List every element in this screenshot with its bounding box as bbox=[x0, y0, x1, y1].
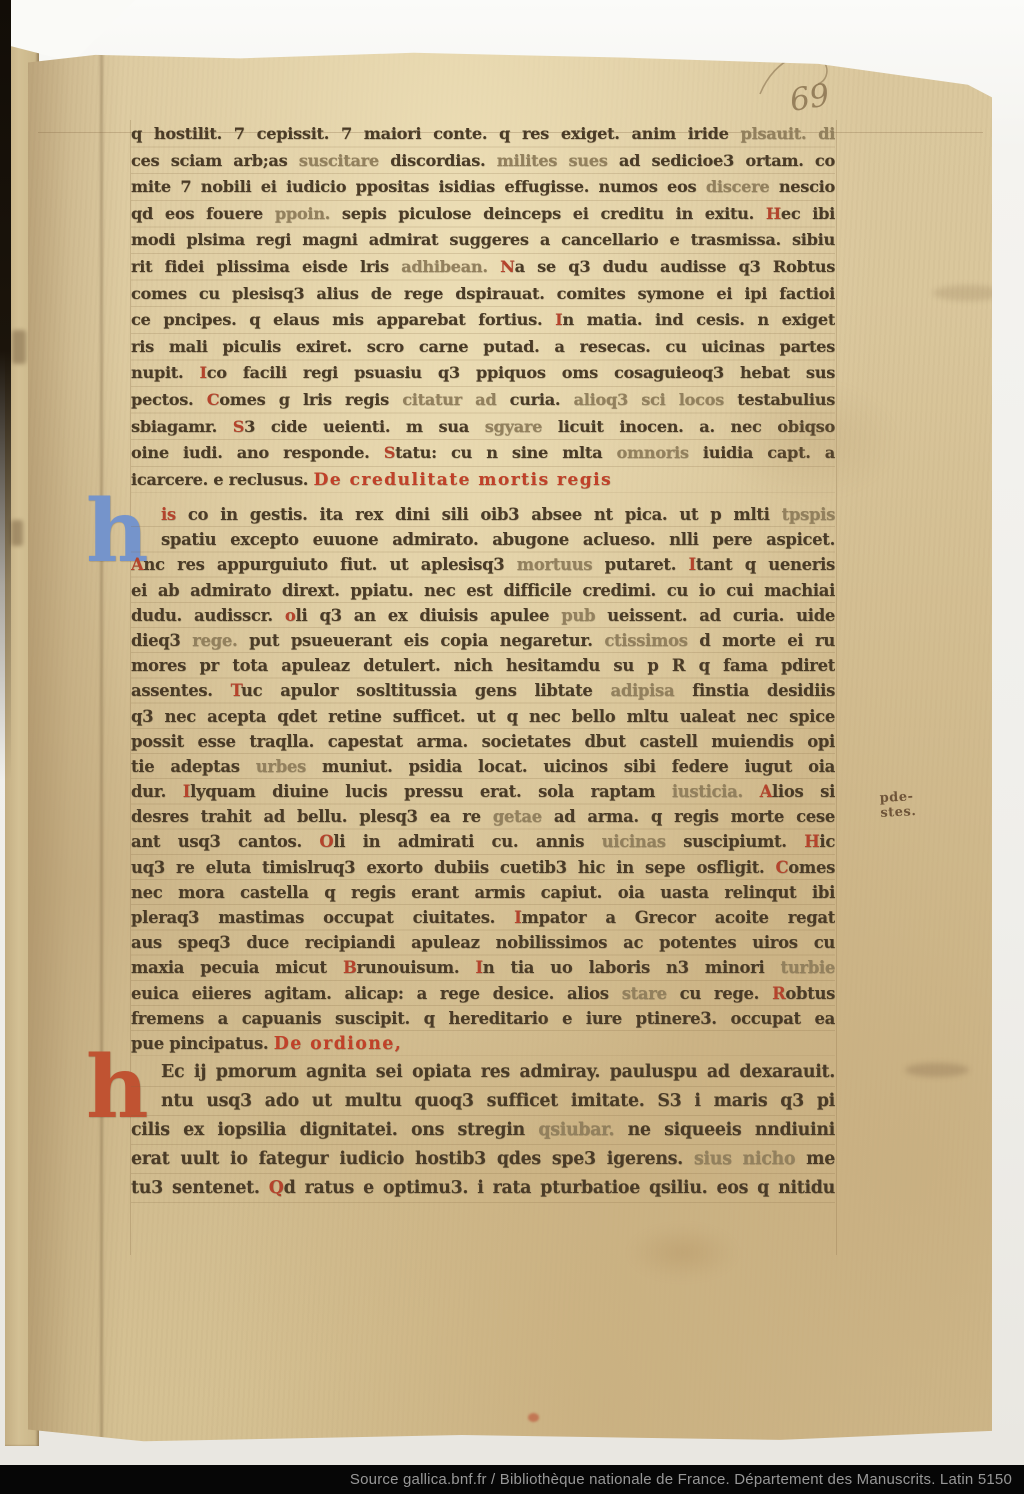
manuscript-text-segment: rit fidei plissima eisde lris bbox=[131, 257, 401, 276]
manuscript-text-segment: d ratus e optimu3. i rata pturbatioe qsi… bbox=[284, 1178, 835, 1198]
text-line: assentes. Tuc apulor sosltitussia gens l… bbox=[131, 678, 835, 703]
manuscript-text-segment: cu rege. bbox=[680, 984, 772, 1003]
manuscript-text-segment: ppoin. bbox=[275, 204, 342, 223]
manuscript-text-segment: desres trahit ad bellu. plesq3 ea re bbox=[131, 807, 493, 826]
text-line: dudu. audisscr. oli q3 an ex diuisis apu… bbox=[131, 603, 835, 628]
text-line: mores pr tota apuleaz detulert. nich hes… bbox=[131, 653, 835, 678]
text-line: desres trahit ad bellu. plesq3 ea re get… bbox=[131, 804, 835, 829]
manuscript-text-segment: S bbox=[384, 443, 395, 462]
manuscript-text-segment: pleraq3 mastimas occupat ciuitates. bbox=[131, 908, 514, 927]
manuscript-text-segment: omes g lris regis bbox=[219, 390, 402, 409]
manuscript-text-segment: mortuus bbox=[517, 555, 605, 574]
manuscript-text-segment: mite 7 nobili ei iudicio ppositas isidia… bbox=[131, 177, 706, 196]
bleedthrough-stain bbox=[905, 1063, 969, 1077]
manuscript-text-segment: ad arma. q regis morte cese bbox=[554, 807, 835, 826]
manuscript-text-section-1: q hostilit. 7 cepissit. 7 maiori conte. … bbox=[131, 121, 835, 493]
manuscript-text-segment: O bbox=[319, 832, 333, 851]
manuscript-text-segment: assentes. bbox=[131, 681, 231, 700]
manuscript-text-segment: N bbox=[500, 257, 515, 276]
book-spine-shadow bbox=[0, 0, 11, 780]
manuscript-text-segment: ueissent. ad curia. uide bbox=[607, 606, 835, 625]
text-line: cilis ex iopsilia dignitatei. ons stregi… bbox=[131, 1116, 835, 1145]
text-line: ris mali piculis exiret. scro carne puta… bbox=[131, 334, 835, 361]
text-line: nupit. Ico facili regi psuasiu q3 ppiquo… bbox=[131, 360, 835, 387]
text-line: modi plsima regi magni admirat suggeres … bbox=[131, 227, 835, 254]
manuscript-text-segment: tu3 sentenet. bbox=[131, 1178, 269, 1198]
manuscript-text-segment: mores pr tota apuleaz detulert. nich hes… bbox=[131, 656, 835, 675]
text-line: ces sciam arb;as suscitare discordias. m… bbox=[131, 148, 835, 175]
manuscript-text-segment: nescio bbox=[779, 177, 835, 196]
manuscript-text-segment: spatiu excepto euuone admirato. abugone … bbox=[161, 530, 835, 549]
manuscript-text-section-3: Ec ij pmorum agnita sei opiata res admir… bbox=[131, 1058, 835, 1203]
manuscript-text-segment: ei ab admirato dirext. ppiatu. nec est d… bbox=[131, 581, 835, 600]
manuscript-text-segment: sgyare bbox=[485, 417, 558, 436]
manuscript-text-segment: icarcere. e reclusus. bbox=[131, 470, 313, 489]
manuscript-text-segment: nupit. bbox=[131, 363, 199, 382]
manuscript-text-segment: iusticia. bbox=[672, 782, 760, 801]
manuscript-text-segment: n tia uo laboris n3 minori bbox=[483, 958, 781, 977]
manuscript-text-segment: finstia desidiis bbox=[692, 681, 835, 700]
manuscript-text-segment: Q bbox=[269, 1178, 284, 1198]
manuscript-text-segment: discere bbox=[706, 177, 779, 196]
text-line: rit fidei plissima eisde lris adhibean. … bbox=[131, 254, 835, 281]
manuscript-text-segment: pub bbox=[561, 606, 607, 625]
text-line: sbiagamr. S3 cide ueienti. m sua sgyare … bbox=[131, 414, 835, 441]
manuscript-text-segment: put psueuerant eis copia negaretur. bbox=[249, 631, 604, 650]
manuscript-text-segment: iuidia capt. a bbox=[703, 443, 835, 462]
text-line: q3 nec acepta qdet retine sufficet. ut q… bbox=[131, 704, 835, 729]
manuscript-text-segment: nc res appurguiuto fiut. ut aplesisq3 bbox=[143, 555, 516, 574]
manuscript-text-segment: q hostilit. 7 cepissit. 7 maiori conte. … bbox=[131, 124, 741, 143]
text-line: ei ab admirato dirext. ppiatu. nec est d… bbox=[131, 578, 835, 603]
manuscript-text-segment: ic bbox=[819, 832, 835, 851]
manuscript-text-segment: runouisum. bbox=[357, 958, 476, 977]
manuscript-text-segment: omes bbox=[788, 858, 835, 877]
manuscript-text-segment: dieq3 bbox=[131, 631, 192, 650]
manuscript-text-segment: I bbox=[475, 958, 482, 977]
manuscript-text-segment: plsauit. di bbox=[741, 124, 835, 143]
manuscript-text-segment: a se q3 dudu audisse q3 Robtus bbox=[515, 257, 835, 276]
manuscript-text-segment: mpator a Grecor acoite regat bbox=[522, 908, 835, 927]
red-ink-spot bbox=[528, 1413, 539, 1422]
manuscript-text-segment: curia. bbox=[510, 390, 574, 409]
manuscript-text-segment: uicinas bbox=[602, 832, 684, 851]
manuscript-text-segment: A bbox=[760, 782, 772, 801]
manuscript-page: 69 h h q hostilit. 7 cepissit. 7 maiori … bbox=[28, 50, 992, 1442]
manuscript-text-segment: tatu: cu n sine mlta bbox=[395, 443, 616, 462]
manuscript-text-segment: 3 cide ueienti. m sua bbox=[244, 417, 485, 436]
manuscript-text-segment: cilis ex iopsilia dignitatei. ons stregi… bbox=[131, 1120, 538, 1140]
manuscript-text-segment: putaret. bbox=[605, 555, 689, 574]
manuscript-text-segment: discordias. bbox=[390, 151, 497, 170]
manuscript-text-segment: tpspis bbox=[782, 505, 835, 524]
manuscript-text-segment: ce pncipes. q elaus mis apparebat fortiu… bbox=[131, 310, 555, 329]
rubric-text: De credulitate mortis regis bbox=[313, 470, 612, 490]
manuscript-text-segment: milites sues bbox=[497, 151, 619, 170]
manuscript-text-segment: getae bbox=[493, 807, 554, 826]
manuscript-text-segment: li in admirati cu. annis bbox=[333, 832, 601, 851]
manuscript-text-segment: alioq3 sci locos bbox=[574, 390, 738, 409]
manuscript-text-segment: suscipiumt. bbox=[683, 832, 804, 851]
parchment-stain bbox=[628, 1225, 738, 1280]
bleedthrough-stain bbox=[933, 285, 1003, 301]
manuscript-text-segment: is bbox=[161, 505, 188, 524]
text-line: q hostilit. 7 cepissit. 7 maiori conte. … bbox=[131, 121, 835, 148]
text-line: erat uult io fategur iudicio hostib3 qde… bbox=[131, 1145, 835, 1174]
text-line: Anc res appurguiuto fiut. ut aplesisq3 m… bbox=[131, 552, 835, 577]
manuscript-text-segment: q3 nec acepta qdet retine sufficet. ut q… bbox=[131, 707, 835, 726]
manuscript-text-segment: pectos. bbox=[131, 390, 207, 409]
manuscript-text-segment: lios si bbox=[772, 782, 835, 801]
text-line: ntu usq3 ado ut multu quoq3 sufficet imi… bbox=[131, 1087, 835, 1116]
manuscript-text-segment: erat uult io fategur iudicio hostib3 qde… bbox=[131, 1149, 694, 1169]
manuscript-text-segment: co facili regi psuasiu q3 ppiquos oms co… bbox=[207, 363, 835, 382]
text-line: dur. Ilyquam diuine lucis pressu erat. s… bbox=[131, 779, 835, 804]
manuscript-text-segment: d morte ei ru bbox=[699, 631, 835, 650]
manuscript-text-segment: sepis piculose deinceps ei creditu in ex… bbox=[342, 204, 766, 223]
manuscript-text-segment: omnoris bbox=[616, 443, 702, 462]
ink-bleed-mark bbox=[12, 330, 26, 364]
manuscript-text-segment: stare bbox=[622, 984, 680, 1003]
footer-bar: Source gallica.bnf.fr / Bibliothèque nat… bbox=[0, 1465, 1024, 1494]
manuscript-text-segment: c ij pmorum agnita sei opiata res admira… bbox=[174, 1062, 835, 1082]
manuscript-text-segment: testabulius bbox=[737, 390, 835, 409]
manuscript-text-segment: ec ibi bbox=[781, 204, 835, 223]
manuscript-text-segment: ntu usq3 ado ut multu quoq3 sufficet imi… bbox=[161, 1091, 657, 1111]
text-line: pue pincipatus. De ordione, bbox=[131, 1031, 835, 1056]
manuscript-text-segment: I bbox=[199, 363, 206, 382]
manuscript-text-segment: modi plsima regi magni admirat suggeres … bbox=[131, 230, 835, 249]
manuscript-text-segment: turbie bbox=[781, 958, 835, 977]
text-line: ant usq3 cantos. Oli in admirati cu. ann… bbox=[131, 829, 835, 854]
text-line: aus speq3 duce recipiandi apuleaz nobili… bbox=[131, 930, 835, 955]
manuscript-text-segment: R bbox=[772, 984, 785, 1003]
text-line: euica eiieres agitam. alicap: a rege des… bbox=[131, 981, 835, 1006]
manuscript-text-segment: fremens a capuanis suscipit. q hereditar… bbox=[131, 1009, 835, 1028]
manuscript-text-segment: tant q ueneris bbox=[696, 555, 835, 574]
manuscript-text-segment: comes cu plesisq3 alius de rege dspiraua… bbox=[131, 284, 835, 303]
manuscript-text-section-2: is co in gestis. ita rex dini sili oib3 … bbox=[131, 502, 835, 1056]
manuscript-text-segment: possit esse traqlla. capestat arma. soci… bbox=[131, 732, 835, 751]
manuscript-text-segment: tie adeptas bbox=[131, 757, 256, 776]
text-line: Ec ij pmorum agnita sei opiata res admir… bbox=[131, 1058, 835, 1087]
manuscript-text-segment: citatur ad bbox=[402, 390, 509, 409]
manuscript-text-segment: H bbox=[804, 832, 819, 851]
manuscript-text-segment: S bbox=[233, 417, 244, 436]
manuscript-text-segment: I bbox=[689, 555, 696, 574]
manuscript-text-segment: S3 i maris q3 pi bbox=[657, 1091, 835, 1111]
manuscript-text-segment: uq3 re eluta timislruq3 exorto dubiis cu… bbox=[131, 858, 776, 877]
manuscript-text-segment: C bbox=[776, 858, 789, 877]
manuscript-text-segment: dur. bbox=[131, 782, 183, 801]
manuscript-text-segment: lyquam diuine lucis pressu erat. sola ra… bbox=[190, 782, 672, 801]
text-line: possit esse traqlla. capestat arma. soci… bbox=[131, 729, 835, 754]
text-line: uq3 re eluta timislruq3 exorto dubiis cu… bbox=[131, 855, 835, 880]
manuscript-text-segment: sbiagamr. bbox=[131, 417, 233, 436]
manuscript-text-segment: urbes bbox=[256, 757, 322, 776]
text-line: mite 7 nobili ei iudicio ppositas isidia… bbox=[131, 174, 835, 201]
manuscript-text-segment: adipisa bbox=[611, 681, 693, 700]
manuscript-text-segment: H bbox=[766, 204, 781, 223]
gutter-shadow bbox=[28, 50, 123, 1442]
source-attribution: Source gallica.bnf.fr / Bibliothèque nat… bbox=[0, 1465, 1024, 1494]
manuscript-text-segment: aus speq3 duce recipiandi apuleaz nobili… bbox=[131, 933, 835, 952]
manuscript-text-segment: co in gestis. ita rex dini sili oib3 abs… bbox=[188, 505, 782, 524]
manuscript-text-segment: ces sciam arb;as bbox=[131, 151, 299, 170]
text-line: dieq3 rege. put psueuerant eis copia neg… bbox=[131, 628, 835, 653]
folio-number: 69 bbox=[787, 77, 832, 119]
manuscript-text-segment: muniut. psidia locat. uicinos sibi feder… bbox=[322, 757, 835, 776]
manuscript-text-segment: T bbox=[231, 681, 241, 700]
rubric-text: De ordione, bbox=[274, 1034, 403, 1054]
manuscript-text-segment: C bbox=[207, 390, 220, 409]
manuscript-text-segment: E bbox=[161, 1062, 174, 1082]
manuscript-text-segment: adhibean. bbox=[401, 257, 500, 276]
manuscript-text-segment: licuit inocen. a. nec obiqso bbox=[558, 417, 835, 436]
text-line: comes cu plesisq3 alius de rege dspiraua… bbox=[131, 281, 835, 308]
manuscript-text-segment: obtus bbox=[785, 984, 835, 1003]
manuscript-text-segment: ris mali piculis exiret. scro carne puta… bbox=[131, 337, 835, 356]
manuscript-text-segment: oine iudi. ano responde. bbox=[131, 443, 384, 462]
manuscript-text-segment: o bbox=[285, 606, 296, 625]
text-line: tie adeptas urbes muniut. psidia locat. … bbox=[131, 754, 835, 779]
manuscript-text-segment: sius nicho bbox=[694, 1149, 806, 1169]
manuscript-text-segment: ad sedicioe3 ortam. co bbox=[619, 151, 835, 170]
manuscript-text-segment: suscitare bbox=[299, 151, 390, 170]
text-line: nec mora castella q regis erant armis ca… bbox=[131, 880, 835, 905]
text-line: fremens a capuanis suscipit. q hereditar… bbox=[131, 1006, 835, 1031]
text-line: tu3 sentenet. Qd ratus e optimu3. i rata… bbox=[131, 1174, 835, 1203]
text-line: oine iudi. ano responde. Statu: cu n sin… bbox=[131, 440, 835, 467]
ink-bleed-mark bbox=[11, 520, 23, 546]
manuscript-text-segment: I bbox=[514, 908, 521, 927]
manuscript-text-segment: qsiubar. bbox=[538, 1120, 627, 1140]
manuscript-text-segment: pue pincipatus. bbox=[131, 1034, 274, 1053]
manuscript-text-segment: rege. bbox=[192, 631, 249, 650]
marginal-note: pde- stes. bbox=[879, 789, 916, 821]
marginal-note-line: stes. bbox=[880, 804, 917, 821]
text-line: ce pncipes. q elaus mis apparebat fortiu… bbox=[131, 307, 835, 334]
manuscript-text-segment: n matia. ind cesis. n exiget bbox=[562, 310, 835, 329]
manuscript-text-segment: ne siqueeis nndiuini bbox=[628, 1120, 835, 1140]
manuscript-text-segment: nec mora castella q regis erant armis ca… bbox=[131, 883, 835, 902]
ruling-line-right-margin bbox=[836, 120, 837, 1255]
manuscript-text-segment: ctissimos bbox=[604, 631, 699, 650]
text-line: qd eos fouere ppoin. sepis piculose dein… bbox=[131, 201, 835, 228]
text-line: pectos. Comes g lris regis citatur ad cu… bbox=[131, 387, 835, 414]
manuscript-text-segment: B bbox=[343, 958, 357, 977]
manuscript-text-segment: dudu. audisscr. bbox=[131, 606, 285, 625]
manuscript-text-segment: uc apulor sosltitussia gens libtate bbox=[241, 681, 611, 700]
text-line: icarcere. e reclusus. De credulitate mor… bbox=[131, 467, 835, 494]
manuscript-text-segment: ant usq3 cantos. bbox=[131, 832, 319, 851]
text-line: maxia pecuia micut Brunouisum. In tia uo… bbox=[131, 955, 835, 980]
text-line: pleraq3 mastimas occupat ciuitates. Impa… bbox=[131, 905, 835, 930]
manuscript-text-segment: qd eos fouere bbox=[131, 204, 275, 223]
manuscript-text-segment: euica eiieres agitam. alicap: a rege des… bbox=[131, 984, 622, 1003]
gutter-crease bbox=[100, 50, 103, 1442]
manuscript-text-segment: me bbox=[806, 1149, 835, 1169]
manuscript-text-segment: A bbox=[131, 555, 143, 574]
manuscript-text-segment: maxia pecuia micut bbox=[131, 958, 343, 977]
text-line: spatiu excepto euuone admirato. abugone … bbox=[131, 527, 835, 552]
manuscript-text-segment: li q3 an ex diuisis apulee bbox=[296, 606, 562, 625]
text-line: is co in gestis. ita rex dini sili oib3 … bbox=[131, 502, 835, 527]
